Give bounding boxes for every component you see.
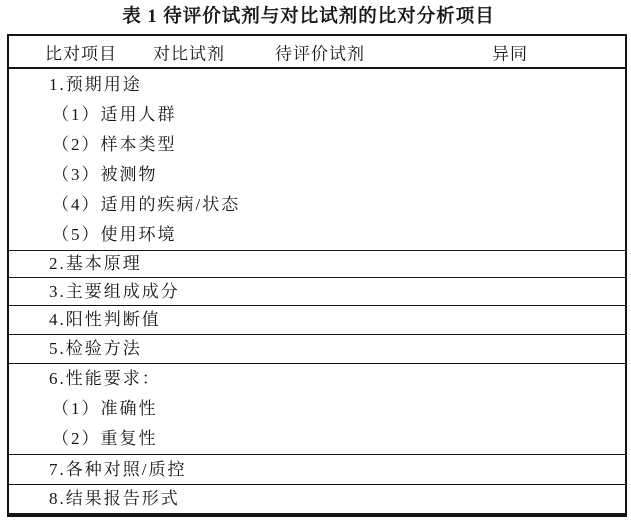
table-cell-line: 5.检验方法 (49, 334, 625, 364)
table-cell-line: 7.各种对照/质控 (49, 455, 625, 485)
table-body: 1.预期用途（1）适用人群（2）样本类型（3）被测物（4）适用的疾病/状态（5）… (9, 69, 625, 513)
table-cell-line: 1.预期用途 (49, 70, 625, 100)
header-evaluated-reagent: 待评价试剂 (275, 39, 365, 64)
header-similarities-differences: 异同 (492, 39, 528, 64)
table-cell-line: （2）样本类型 (52, 130, 625, 160)
table-title: 表 1 待评价试剂与对比试剂的比对分析项目 (0, 5, 617, 29)
table-cell-line: 6.性能要求： (49, 364, 625, 394)
table-cell-line: （1）适用人群 (52, 100, 625, 130)
table-row: 3.主要组成成分 (9, 278, 625, 306)
table-cell-line: 8.结果报告形式 (49, 484, 625, 514)
table-cell-line: 3.主要组成成分 (49, 277, 625, 307)
table-cell-line: （2）重复性 (52, 424, 625, 454)
table-row: 2.基本原理 (9, 251, 625, 278)
table-cell-line: （4）适用的疾病/状态 (52, 190, 625, 220)
table-cell-line: 4.阳性判断值 (49, 305, 625, 335)
table-cell-line: 2.基本原理 (49, 249, 625, 279)
table-row: 1.预期用途（1）适用人群（2）样本类型（3）被测物（4）适用的疾病/状态（5）… (9, 69, 625, 251)
table-cell-line: （1）准确性 (52, 394, 625, 424)
table-row: 4.阳性判断值 (9, 306, 625, 335)
table-row: 5.检验方法 (9, 335, 625, 364)
table-row: 8.结果报告形式 (9, 485, 625, 513)
table-cell-line: （5）使用环境 (52, 220, 625, 250)
table-header-row: 比对项目 对比试剂 待评价试剂 异同 (9, 36, 625, 69)
comparison-table: 比对项目 对比试剂 待评价试剂 异同 1.预期用途（1）适用人群（2）样本类型（… (7, 34, 627, 517)
document-page: 表 1 待评价试剂与对比试剂的比对分析项目 比对项目 对比试剂 待评价试剂 异同… (0, 0, 631, 520)
table-row: 6.性能要求：（1）准确性（2）重复性 (9, 364, 625, 455)
header-comparison-item: 比对项目 (45, 39, 117, 64)
table-cell-line: （3）被测物 (52, 160, 625, 190)
table-row: 7.各种对照/质控 (9, 455, 625, 485)
header-comparator-reagent: 对比试剂 (153, 39, 225, 64)
